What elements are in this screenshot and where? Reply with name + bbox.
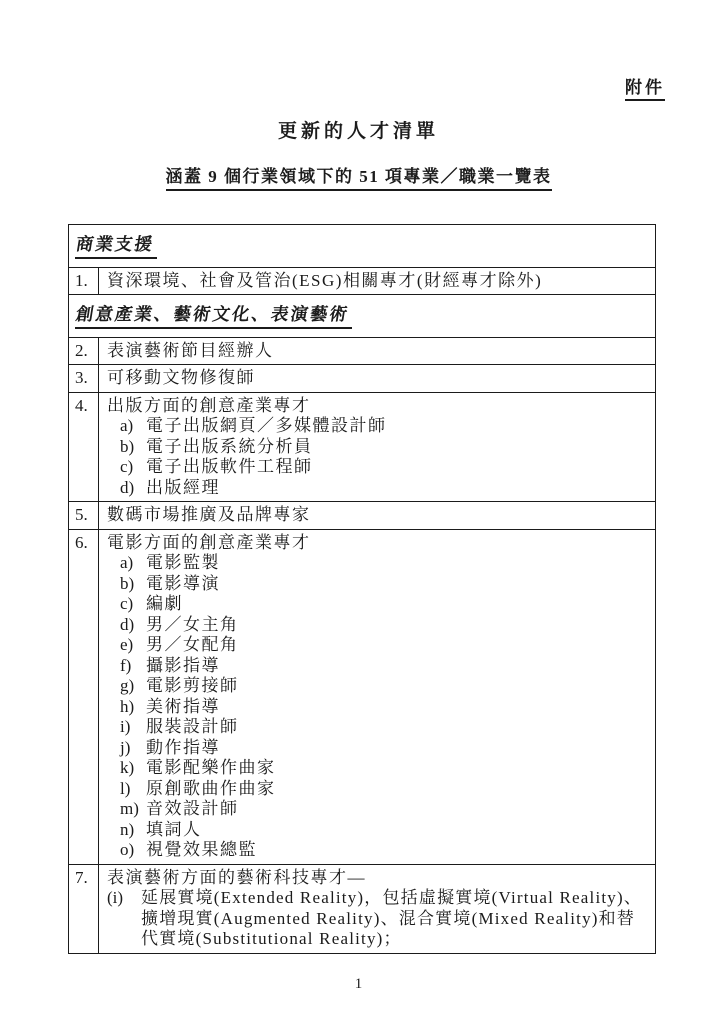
sub-item: b)電子出版系統分析員 (120, 437, 649, 458)
sub-item-label: d) (120, 478, 146, 499)
row-main-text: 電影方面的創意產業專才 (107, 533, 649, 554)
sub-item-text: 編劇 (146, 594, 183, 613)
sub-item-text: 攝影指導 (146, 656, 220, 675)
section-row: 創意產業、藝術文化、表演藝術 (69, 295, 656, 338)
row-number: 5. (69, 502, 99, 530)
sub-item-label: k) (120, 758, 146, 779)
sub-item-label: c) (120, 457, 146, 478)
sub-item-text: 填詞人 (146, 820, 202, 839)
sub-item-text: 電子出版網頁／多媒體設計師 (146, 416, 387, 435)
sub-item: a)電子出版網頁／多媒體設計師 (120, 416, 649, 437)
row-number: 6. (69, 529, 99, 864)
sub-item-label: e) (120, 635, 146, 656)
row-main-text: 出版方面的創意產業專才 (107, 396, 649, 417)
table-row: 6.電影方面的創意產業專才a)電影監製b)電影導演c)編劇d)男／女主角e)男／… (69, 529, 656, 864)
sub-item-text: 電影剪接師 (146, 676, 239, 695)
table-row: 1.資深環境、社會及管治(ESG)相關專才(財經專才除外) (69, 267, 656, 295)
sub-item-text: 服裝設計師 (146, 717, 239, 736)
sub-item-label: d) (120, 615, 146, 636)
sub-item-label: m) (120, 799, 146, 820)
row-number: 4. (69, 392, 99, 502)
page-subtitle-text: 涵蓋 9 個行業領域下的 51 項專業／職業一覽表 (166, 162, 552, 191)
row-main-text: 數碼市場推廣及品牌專家 (107, 505, 649, 526)
roman-item-label: (i) (107, 888, 141, 950)
table-row: 3.可移動文物修復師 (69, 365, 656, 393)
row-number: 2. (69, 337, 99, 365)
sub-item: o)視覺效果總監 (120, 840, 649, 861)
sub-item-text: 男／女主角 (146, 615, 239, 634)
sub-item-text: 男／女配角 (146, 635, 239, 654)
attachment-label: 附件 (625, 73, 665, 101)
sub-item: h)美術指導 (120, 697, 649, 718)
row-main-text: 資深環境、社會及管治(ESG)相關專才(財經專才除外) (107, 271, 649, 292)
sub-item: l)原創歌曲作曲家 (120, 779, 649, 800)
sub-item-text: 出版經理 (146, 478, 220, 497)
talent-table: 商業支援1.資深環境、社會及管治(ESG)相關專才(財經專才除外)創意產業、藝術… (68, 224, 656, 954)
sub-item-text: 動作指導 (146, 738, 220, 757)
sub-item: f)攝影指導 (120, 656, 649, 677)
page-title: 更新的人才清單 (0, 116, 717, 143)
sub-item-label: j) (120, 738, 146, 759)
sub-item: c)編劇 (120, 594, 649, 615)
sub-item-label: b) (120, 574, 146, 595)
section-header-underline: 商業支援 (75, 234, 157, 259)
sub-item-label: n) (120, 820, 146, 841)
sub-item: b)電影導演 (120, 574, 649, 595)
sub-item: i)服裝設計師 (120, 717, 649, 738)
roman-item: (i)延展實境(Extended Reality)，包括虛擬實境(Virtual… (107, 888, 649, 950)
row-number: 1. (69, 267, 99, 295)
sub-item: j)動作指導 (120, 738, 649, 759)
table-row: 2.表演藝術節目經辦人 (69, 337, 656, 365)
sub-item-text: 電影配樂作曲家 (146, 758, 276, 777)
sub-item: g)電影剪接師 (120, 676, 649, 697)
document-page: 附件 更新的人才清單 涵蓋 9 個行業領域下的 51 項專業／職業一覽表 商業支… (0, 0, 717, 1014)
sub-item: c)電子出版軟件工程師 (120, 457, 649, 478)
sub-item-label: o) (120, 840, 146, 861)
row-main-text: 可移動文物修復師 (107, 368, 649, 389)
row-content: 表演藝術節目經辦人 (99, 337, 656, 365)
page-number: 1 (0, 976, 717, 993)
sub-item-text: 電影導演 (146, 574, 220, 593)
row-main-text: 表演藝術方面的藝術科技專才— (107, 868, 649, 889)
sub-item-label: f) (120, 656, 146, 677)
sub-item-text: 美術指導 (146, 697, 220, 716)
sub-item-text: 視覺效果總監 (146, 840, 257, 859)
roman-item-text: 延展實境(Extended Reality)，包括虛擬實境(Virtual Re… (141, 888, 647, 950)
section-header: 商業支援 (69, 225, 656, 268)
table-row: 4.出版方面的創意產業專才a)電子出版網頁／多媒體設計師b)電子出版系統分析員c… (69, 392, 656, 502)
sub-item: k)電影配樂作曲家 (120, 758, 649, 779)
section-row: 商業支援 (69, 225, 656, 268)
row-content: 資深環境、社會及管治(ESG)相關專才(財經專才除外) (99, 267, 656, 295)
sub-item-label: l) (120, 779, 146, 800)
page-subtitle: 涵蓋 9 個行業領域下的 51 項專業／職業一覽表 (0, 162, 717, 191)
sub-item-text: 電子出版系統分析員 (146, 437, 313, 456)
sub-item: d)男／女主角 (120, 615, 649, 636)
section-header: 創意產業、藝術文化、表演藝術 (69, 295, 656, 338)
sub-item-label: c) (120, 594, 146, 615)
sub-item-text: 電子出版軟件工程師 (146, 457, 313, 476)
sub-item: e)男／女配角 (120, 635, 649, 656)
row-main-text: 表演藝術節目經辦人 (107, 341, 649, 362)
sub-item-label: h) (120, 697, 146, 718)
row-number: 3. (69, 365, 99, 393)
talent-table-body: 商業支援1.資深環境、社會及管治(ESG)相關專才(財經專才除外)創意產業、藝術… (69, 225, 656, 954)
sub-item-label: g) (120, 676, 146, 697)
section-header-text: 商業支援 (74, 234, 155, 255)
row-content: 表演藝術方面的藝術科技專才—(i)延展實境(Extended Reality)，… (99, 864, 656, 953)
table-row: 7.表演藝術方面的藝術科技專才—(i)延展實境(Extended Reality… (69, 864, 656, 953)
row-content: 電影方面的創意產業專才a)電影監製b)電影導演c)編劇d)男／女主角e)男／女配… (99, 529, 656, 864)
section-header-underline: 創意產業、藝術文化、表演藝術 (75, 304, 352, 329)
row-content: 出版方面的創意產業專才a)電子出版網頁／多媒體設計師b)電子出版系統分析員c)電… (99, 392, 656, 502)
sub-item-text: 原創歌曲作曲家 (146, 779, 276, 798)
sub-item-label: b) (120, 437, 146, 458)
sub-item-label: a) (120, 416, 146, 437)
sub-item-label: i) (120, 717, 146, 738)
sub-item-text: 電影監製 (146, 553, 220, 572)
sub-item: a)電影監製 (120, 553, 649, 574)
row-number: 7. (69, 864, 99, 953)
row-content: 數碼市場推廣及品牌專家 (99, 502, 656, 530)
sub-item: n)填詞人 (120, 820, 649, 841)
sub-item-text: 音效設計師 (146, 799, 239, 818)
row-content: 可移動文物修復師 (99, 365, 656, 393)
section-header-text: 創意產業、藝術文化、表演藝術 (74, 304, 350, 325)
table-row: 5.數碼市場推廣及品牌專家 (69, 502, 656, 530)
sub-item-label: a) (120, 553, 146, 574)
sub-item: d)出版經理 (120, 478, 649, 499)
sub-item: m)音效設計師 (120, 799, 649, 820)
